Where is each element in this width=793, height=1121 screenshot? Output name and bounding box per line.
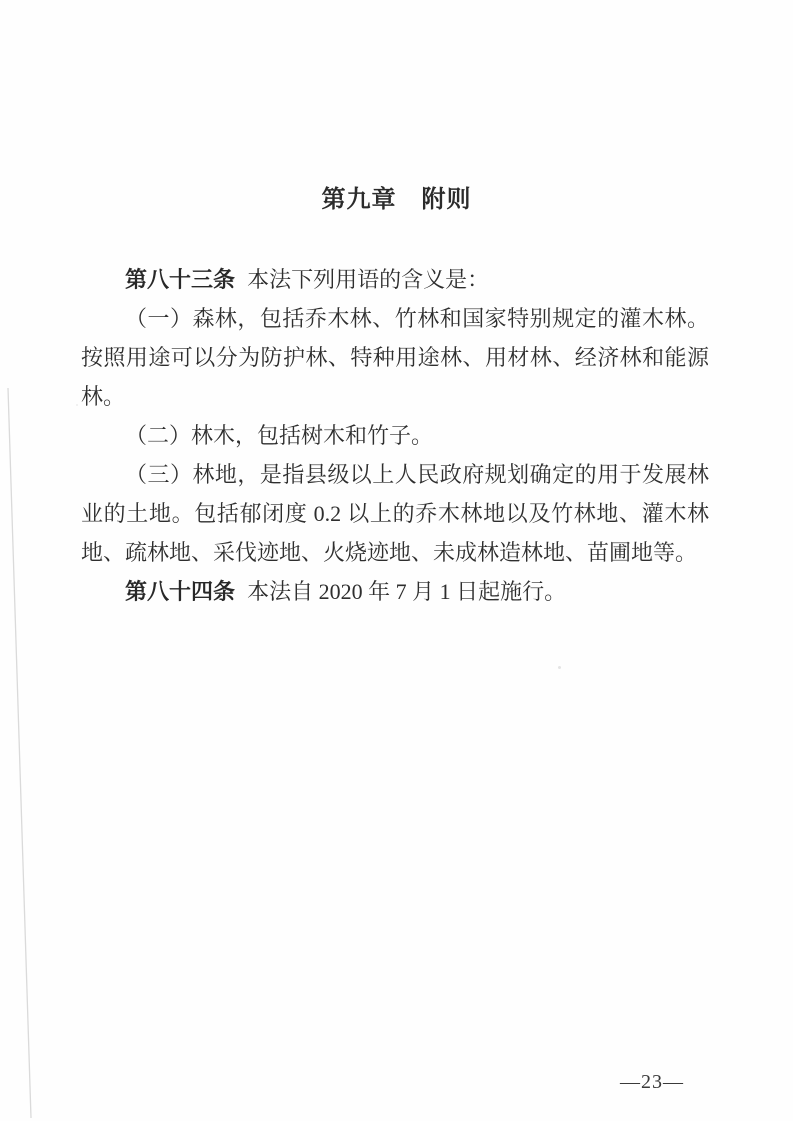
scan-speck bbox=[76, 404, 78, 406]
article-84-lead: 第八十四条本法自 2020 年 7 月 1 日起施行。 bbox=[81, 572, 709, 611]
chapter-title: 第九章 附则 bbox=[0, 0, 793, 214]
definition-item-1: （一）森林，包括乔木林、竹林和国家特别规定的灌木林。按照用途可以分为防护林、特种… bbox=[81, 299, 709, 416]
scan-speck bbox=[558, 666, 561, 669]
article-84-number: 第八十四条 bbox=[125, 579, 235, 604]
definition-item-2: （二）林木，包括树木和竹子。 bbox=[81, 416, 709, 455]
article-83-text: 本法下列用语的含义是： bbox=[247, 267, 489, 292]
document-body: 第八十三条本法下列用语的含义是： （一）森林，包括乔木林、竹林和国家特别规定的灌… bbox=[81, 260, 709, 611]
article-84-text: 本法自 2020 年 7 月 1 日起施行。 bbox=[247, 579, 566, 604]
article-83-lead: 第八十三条本法下列用语的含义是： bbox=[81, 260, 709, 299]
definition-item-1-text: （一）森林，包括乔木林、竹林和国家特别规定的灌木林。按照用途可以分为防护林、特种… bbox=[81, 306, 709, 409]
definition-item-2-text: （二）林木，包括树木和竹子。 bbox=[125, 423, 433, 448]
definition-item-3: （三）林地，是指县级以上人民政府规划确定的用于发展林业的土地。包括郁闭度 0.2… bbox=[81, 455, 709, 572]
definition-item-3-text: （三）林地，是指县级以上人民政府规划确定的用于发展林业的土地。包括郁闭度 0.2… bbox=[81, 462, 709, 565]
document-page: 第九章 附则 第八十三条本法下列用语的含义是： （一）森林，包括乔木林、竹林和国… bbox=[0, 0, 793, 1121]
article-83-number: 第八十三条 bbox=[125, 267, 235, 292]
page-number: —23— bbox=[620, 1071, 684, 1094]
